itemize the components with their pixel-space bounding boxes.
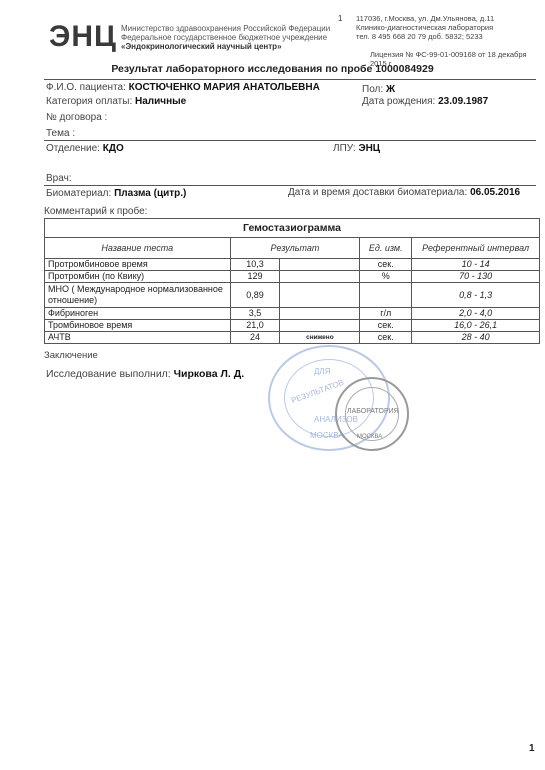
- result-value: 24: [230, 332, 280, 344]
- org-line: «Эндокринологический научный центр»: [121, 42, 330, 51]
- unit: г/л: [360, 308, 412, 320]
- reference-interval: 70 - 130: [412, 271, 540, 283]
- table-row: Протромбин (по Квику)129%70 - 130: [45, 271, 540, 283]
- col-header-ref: Референтный интервал: [412, 238, 540, 259]
- sample-comment: Комментарий к пробе:: [44, 206, 147, 217]
- test-name: Протромбин (по Квику): [45, 271, 231, 283]
- address-line: тел. 8 495 668 20 79 доб. 5832; 5233: [356, 32, 494, 41]
- contract-number: № договора :: [46, 112, 107, 123]
- patient-name-value: КОСТЮЧЕНКО МАРИЯ АНАТОЛЬЕВНА: [129, 82, 320, 93]
- divider: [44, 140, 536, 141]
- date-of-birth: Дата рождения: 23.09.1987: [362, 96, 488, 107]
- enc-logo: ЭНЦ: [49, 22, 117, 52]
- result-value: 21,0: [230, 320, 280, 332]
- organization-block: Министерство здравоохранения Российской …: [121, 24, 330, 51]
- doctor: Врач:: [46, 173, 72, 184]
- reference-interval: 0,8 - 1,3: [412, 283, 540, 308]
- result-flag: [280, 320, 360, 332]
- test-name: Фибриноген: [45, 308, 231, 320]
- result-value: 0,89: [230, 283, 280, 308]
- unit: %: [360, 271, 412, 283]
- conclusion-label: Заключение: [44, 350, 98, 361]
- result-flag: снижено: [280, 332, 360, 344]
- results-table: Гемостазиограмма Название теста Результа…: [44, 218, 540, 344]
- unit: сек.: [360, 332, 412, 344]
- result-value: 129: [230, 271, 280, 283]
- reference-interval: 16,0 - 26,1: [412, 320, 540, 332]
- reference-interval: 10 - 14: [412, 259, 540, 271]
- address-line: 117036, г.Москва, ул. Дм.Ульянова, д.11: [356, 14, 494, 23]
- page-marker: 1: [338, 14, 342, 23]
- department: Отделение: КДО: [46, 143, 124, 154]
- result-value: 10,3: [230, 259, 280, 271]
- result-flag: [280, 283, 360, 308]
- unit: [360, 283, 412, 308]
- result-flag: [280, 259, 360, 271]
- lpu: ЛПУ: ЭНЦ: [333, 143, 380, 154]
- reference-interval: 28 - 40: [412, 332, 540, 344]
- patient-sex: Пол: Ж: [362, 84, 395, 95]
- performed-by: Исследование выполнил: Чиркова Л. Д.: [46, 368, 244, 380]
- test-name: Протромбиновое время: [45, 259, 231, 271]
- unit: сек.: [360, 320, 412, 332]
- test-name: Тромбиновое время: [45, 320, 231, 332]
- divider: [44, 185, 536, 186]
- col-header-unit: Ед. изм.: [360, 238, 412, 259]
- unit: сек.: [360, 259, 412, 271]
- col-header-test: Название теста: [45, 238, 231, 259]
- topic: Тема :: [46, 128, 75, 139]
- divider: [44, 79, 536, 80]
- patient-name: Ф.И.О. пациента: КОСТЮЧЕНКО МАРИЯ АНАТОЛ…: [46, 82, 320, 93]
- biomaterial: Биоматериал: Плазма (цитр.): [46, 188, 186, 199]
- address-line: Клинико-диагностическая лаборатория: [356, 23, 494, 32]
- address-block: 117036, г.Москва, ул. Дм.Ульянова, д.11 …: [356, 14, 494, 41]
- org-line: Федеральное государственное бюджетное уч…: [121, 33, 330, 42]
- payment-category: Категория оплаты: Наличные: [46, 96, 186, 107]
- table-row: Тромбиновое время21,0сек.16,0 - 26,1: [45, 320, 540, 332]
- test-name: МНО ( Международное нормализованное отно…: [45, 283, 231, 308]
- table-row: АЧТВ24сниженосек.28 - 40: [45, 332, 540, 344]
- table-row: Фибриноген3,5г/л2,0 - 4,0: [45, 308, 540, 320]
- page-number: 1: [529, 743, 535, 754]
- delivery-date: Дата и время доставки биоматериала: 06.0…: [288, 187, 520, 198]
- grey-stamp: ЛАБОРАТОРИЯ МОСКВА: [335, 377, 409, 451]
- table-header-row: Название теста Результат Ед. изм. Рефере…: [45, 238, 540, 259]
- result-flag: [280, 308, 360, 320]
- table-caption: Гемостазиограмма: [45, 219, 540, 238]
- result-flag: [280, 271, 360, 283]
- result-value: 3,5: [230, 308, 280, 320]
- org-line: Министерство здравоохранения Российской …: [121, 24, 330, 33]
- col-header-result: Результат: [230, 238, 360, 259]
- test-name: АЧТВ: [45, 332, 231, 344]
- reference-interval: 2,0 - 4,0: [412, 308, 540, 320]
- table-row: МНО ( Международное нормализованное отно…: [45, 283, 540, 308]
- table-row: Протромбиновое время10,3сек.10 - 14: [45, 259, 540, 271]
- report-title: Результат лабораторного исследования по …: [0, 63, 545, 75]
